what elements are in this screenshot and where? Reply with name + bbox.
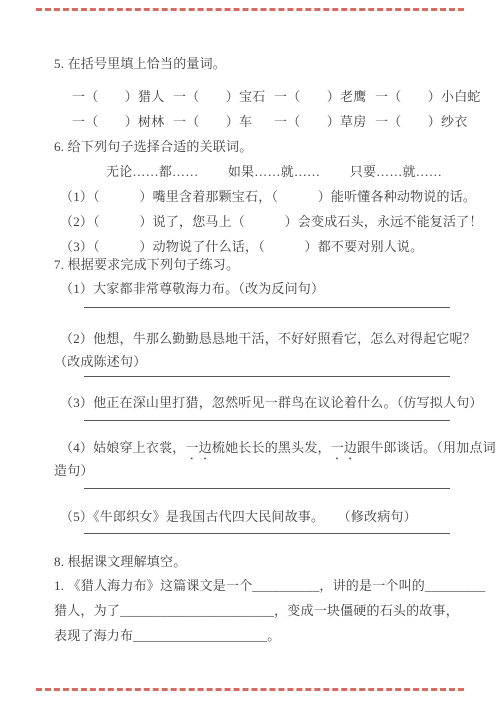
emphasized-word: 一边 <box>331 440 357 455</box>
q8-fill-line-2: 猎人，为了_______________________，变成一块僵硬的石头的故… <box>54 602 459 619</box>
q7-title: 7. 根据要求完成下列句子练习。 <box>54 256 239 273</box>
q7-item-1: （1）大家都非常尊敬海力布。（改为反问句） <box>60 280 324 297</box>
q7-item-4-text: 跟牛郎谈话。（用加点词 <box>357 440 496 455</box>
quantifier-cell: 一（ ）宝石 <box>173 88 274 105</box>
q7-item-4: （4）姑娘穿上衣裳，一边梳她长长的黑头发，一边跟牛郎谈话。（用加点词 <box>60 439 496 463</box>
quantifier-cell: 一（ ）草房 <box>274 113 375 130</box>
emphasized-word: 一边 <box>186 440 212 455</box>
q8-title: 8. 根据课文理解填空。 <box>54 553 186 570</box>
q7-item-4-text: 梳她长长的黑头发， <box>212 440 331 455</box>
quantifier-cell: 一（ ）猎人 <box>72 88 173 105</box>
q6-item-1: （1）（ ）嘴里含着那颗宝石，（ ）能听懂各种动物说的话。 <box>60 188 476 205</box>
connective-option: 无论……都…… <box>106 164 198 179</box>
worksheet-page: 5. 在括号里填上恰当的量词。 一（ ）猎人 一（ ）宝石 一（ ）老鹰 一（ … <box>0 0 500 707</box>
q5-row-1: 一（ ）猎人 一（ ）宝石 一（ ）老鹰 一（ ）小白蛇 <box>72 88 481 105</box>
q6-item-2: （2）（ ）说了，您马上（ ）会变成石头，永远不能复活了！ <box>60 213 483 230</box>
answer-line <box>84 376 450 377</box>
connective-option: 如果……就…… <box>228 164 320 179</box>
quantifier-cell: 一（ ）纱衣 <box>375 113 467 130</box>
q7-item-4-continuation: 造句） <box>54 462 94 479</box>
q6-title: 6. 给下列句子选择合适的关联词。 <box>54 138 252 155</box>
q6-item-3: （3）（ ）动物说了什么话，（ ）都不要对别人说。 <box>60 238 423 255</box>
answer-line <box>84 307 450 308</box>
q7-item-3: （3）他正在深山里打猎，忽然听见一群鸟在议论着什么。（仿写拟人句） <box>60 394 483 411</box>
q8-fill-line-1: 1. 《猎人海力布》这篇课文是一个__________，讲的是一个叫的_____… <box>54 577 485 594</box>
q5-title: 5. 在括号里填上恰当的量词。 <box>54 55 226 72</box>
q7-item-4-text: （4）姑娘穿上衣裳， <box>60 440 186 455</box>
top-decorative-border <box>36 8 464 11</box>
bottom-decorative-border <box>36 688 464 691</box>
answer-line <box>84 488 450 489</box>
q8-fill-line-3: 表现了海力布____________________。 <box>54 627 280 644</box>
q7-item-2: （2）他想，牛那么勤勤恳恳地干活，不好好照看它，怎么对得起它呢？ <box>60 330 476 347</box>
q7-item-5: （5）《牛郎织女》是我国古代四大民间故事。 （修改病句） <box>60 508 417 525</box>
quantifier-cell: 一（ ）老鹰 <box>274 88 375 105</box>
quantifier-cell: 一（ ）树林 <box>72 113 173 130</box>
answer-line <box>84 533 450 534</box>
answer-line <box>84 420 450 421</box>
q7-item-2-note: （改成陈述句） <box>54 353 146 370</box>
quantifier-cell: 一（ ）车 <box>173 113 274 130</box>
connective-option: 只要……就…… <box>350 164 442 179</box>
q6-connectives: 无论……都…… 如果……就…… 只要……就…… <box>106 163 442 180</box>
q5-row-2: 一（ ）树林 一（ ）车 一（ ）草房 一（ ）纱衣 <box>72 113 467 130</box>
quantifier-cell: 一（ ）小白蛇 <box>375 88 481 105</box>
